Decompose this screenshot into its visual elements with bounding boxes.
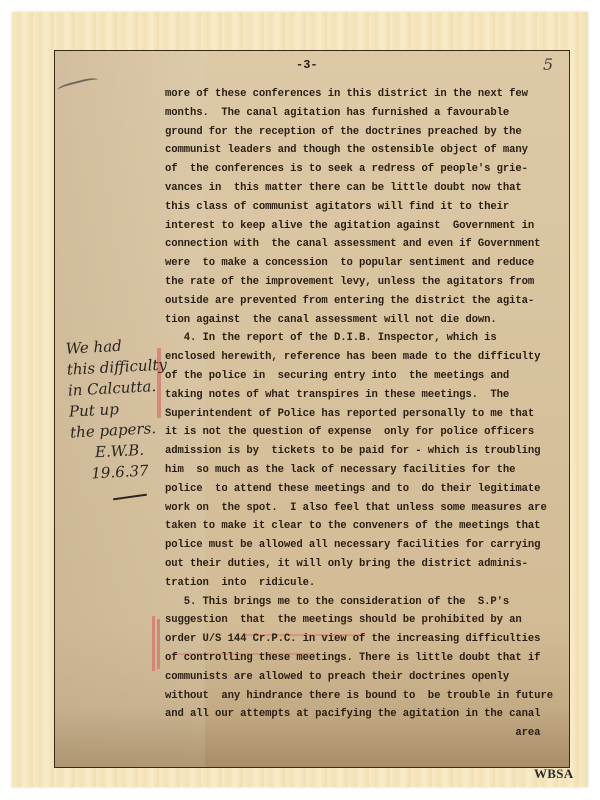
text-line: 5. This brings me to the consideration o… bbox=[165, 593, 565, 612]
text-line: admission is by tickets to be paid for -… bbox=[165, 442, 565, 461]
text-line: and all our attempts at pacifying the ag… bbox=[165, 705, 565, 724]
text-line: 4. In the report of the D.I.B. Inspector… bbox=[165, 329, 565, 348]
text-line: outside are prevented from entering the … bbox=[165, 292, 565, 311]
text-line: ground for the reception of the doctrine… bbox=[165, 123, 565, 142]
text-line: it is not the question of expense only f… bbox=[165, 423, 565, 442]
text-line: police must be allowed all necessary fac… bbox=[165, 536, 565, 555]
text-line: tration into ridicule. bbox=[165, 574, 565, 593]
text-line: of the police in securing entry into the… bbox=[165, 367, 565, 386]
text-line: work on the spot. I also feel that unles… bbox=[165, 499, 565, 518]
typed-body-text: more of these conferences in this distri… bbox=[165, 85, 565, 743]
text-line: connection with the canal assessment and… bbox=[165, 235, 565, 254]
text-line: interest to keep alive the agitation aga… bbox=[165, 217, 565, 236]
archive-watermark: WBSA bbox=[534, 766, 574, 782]
text-line: the rate of the improvement levy, unless… bbox=[165, 273, 565, 292]
text-line: tion against the canal assessment will n… bbox=[165, 311, 565, 330]
page-number: -3- bbox=[296, 58, 318, 72]
text-line: enclosed herewith, reference has been ma… bbox=[165, 348, 565, 367]
archive-mat: -3- 5 We had this difficulty in Calcutta… bbox=[12, 12, 588, 787]
text-line: taken to make it clear to the conveners … bbox=[165, 517, 565, 536]
document-page: -3- 5 We had this difficulty in Calcutta… bbox=[54, 50, 570, 768]
text-line: order U/S 144 Cr.P.C. in view of the inc… bbox=[165, 630, 565, 649]
text-line: taking notes of what transpires in these… bbox=[165, 386, 565, 405]
text-line: suggestion that the meetings should be p… bbox=[165, 611, 565, 630]
red-pencil-margin-mark bbox=[152, 616, 155, 671]
text-line: this class of communist agitators will f… bbox=[165, 198, 565, 217]
text-line: were to make a concession to popular sen… bbox=[165, 254, 565, 273]
text-line: Superintendent of Police has reported pe… bbox=[165, 405, 565, 424]
text-line: of the conferences is to seek a redress … bbox=[165, 160, 565, 179]
text-line: him so much as the lack of necessary fac… bbox=[165, 461, 565, 480]
text-line: more of these conferences in this distri… bbox=[165, 85, 565, 104]
text-line: without any hindrance there is bound to … bbox=[165, 687, 565, 706]
text-line: area bbox=[165, 724, 565, 743]
handwritten-margin-note: We had this difficulty in Calcutta. Put … bbox=[65, 333, 173, 485]
text-line: months. The canal agitation has furnishe… bbox=[165, 104, 565, 123]
text-line: of controlling these meetings. There is … bbox=[165, 649, 565, 668]
text-line: out their duties, it will only bring the… bbox=[165, 555, 565, 574]
text-line: communist leaders and though the ostensi… bbox=[165, 141, 565, 160]
text-line: communists are allowed to preach their d… bbox=[165, 668, 565, 687]
text-line: vances in this matter there can be littl… bbox=[165, 179, 565, 198]
handwritten-folio-number: 5 bbox=[543, 55, 553, 74]
red-pencil-margin-mark bbox=[157, 619, 160, 669]
text-line: police to attend these meetings and to d… bbox=[165, 480, 565, 499]
